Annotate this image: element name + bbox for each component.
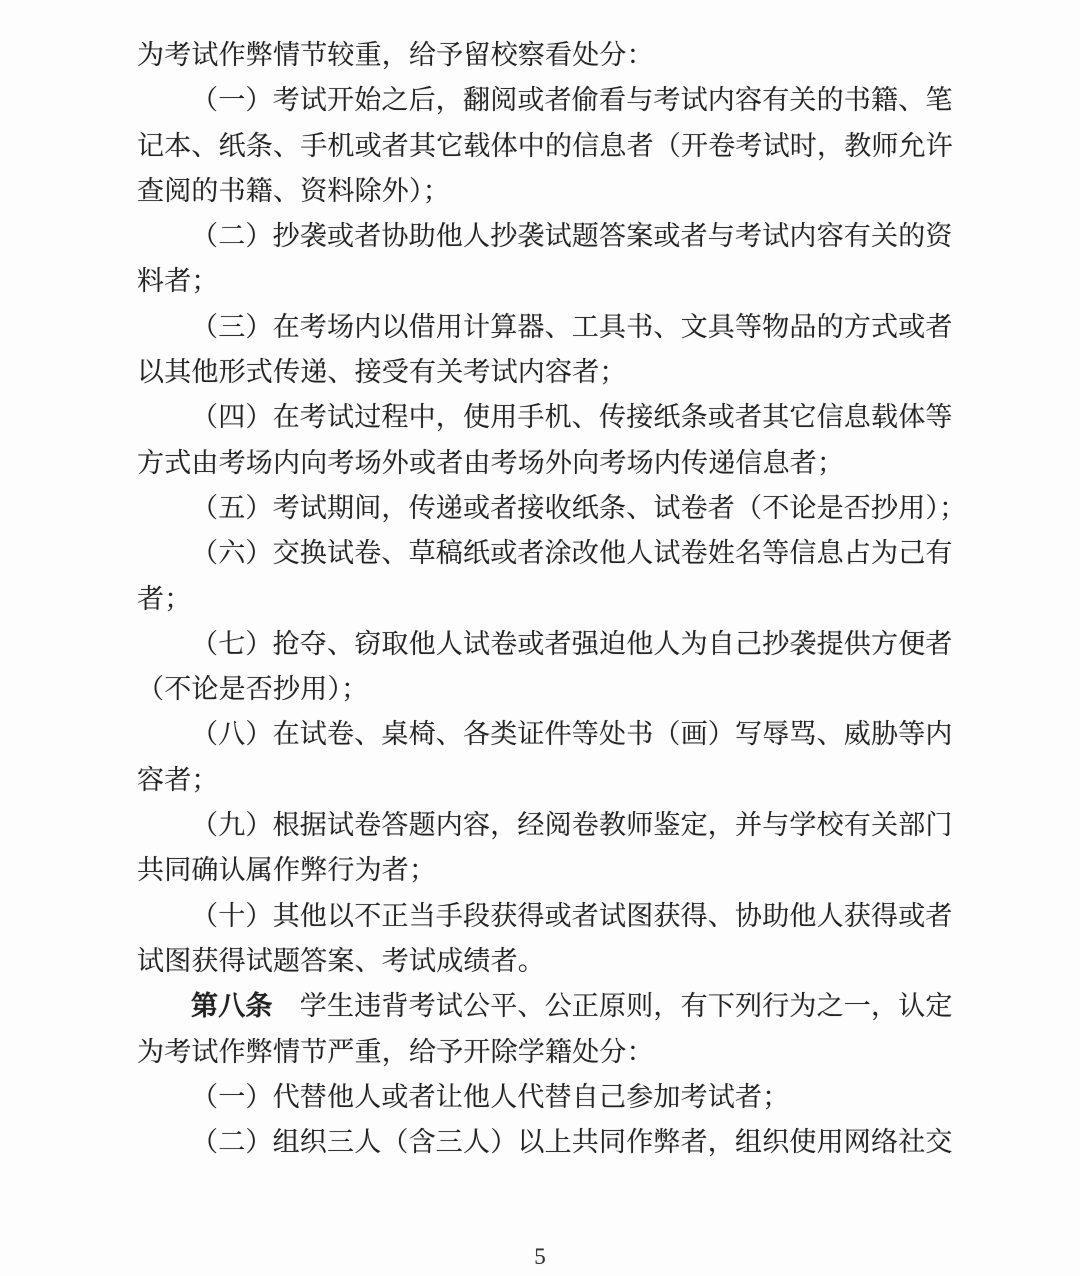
text-line: 共同确认属作弊行为者； bbox=[137, 848, 962, 893]
list-item-line: （九）根据试卷答题内容，经阅卷教师鉴定，并与学校有关部门 bbox=[137, 803, 962, 848]
document-page: 为考试作弊情节较重，给予留校察看处分： （一）考试开始之后，翻阅或者偷看与考试内… bbox=[0, 0, 1080, 1276]
page-number: 5 bbox=[0, 1245, 1080, 1268]
text-line: 试图获得试题答案、考试成绩者。 bbox=[137, 939, 962, 984]
text-line: 料者； bbox=[137, 259, 962, 304]
list-item-line: （三）在考场内以借用计算器、工具书、文具等物品的方式或者 bbox=[137, 305, 962, 350]
text-line: 为考试作弊情节严重，给予开除学籍处分： bbox=[137, 1030, 962, 1075]
list-item-line: （十）其他以不正当手段获得或者试图获得、协助他人获得或者 bbox=[137, 894, 962, 939]
text-line: 者； bbox=[137, 577, 962, 622]
list-item-line: （四）在考试过程中，使用手机、传接纸条或者其它信息载体等 bbox=[137, 395, 962, 440]
list-item-line: （一）考试开始之后，翻阅或者偷看与考试内容有关的书籍、笔 bbox=[137, 78, 962, 123]
text-line: 记本、纸条、手机或者其它载体中的信息者（开卷考试时，教师允许 bbox=[137, 124, 962, 169]
list-item-line: （六）交换试卷、草稿纸或者涂改他人试卷姓名等信息占为己有 bbox=[137, 531, 962, 576]
list-item-line: （二）抄袭或者协助他人抄袭试题答案或者与考试内容有关的资 bbox=[137, 214, 962, 259]
list-item-line: （七）抢夺、窃取他人试卷或者强迫他人为自己抄袭提供方便者 bbox=[137, 622, 962, 667]
text-line: 容者； bbox=[137, 758, 962, 803]
article-text: 学生违背考试公平、公正原则，有下列行为之一，认定 bbox=[273, 991, 953, 1021]
list-item-line: （一）代替他人或者让他人代替自己参加考试者； bbox=[137, 1075, 962, 1120]
text-line: 查阅的书籍、资料除外）； bbox=[137, 169, 962, 214]
list-item-line: （八）在试卷、桌椅、各类证件等处书（画）写辱骂、威胁等内 bbox=[137, 712, 962, 757]
text-line: 以其他形式传递、接受有关考试内容者； bbox=[137, 350, 962, 395]
article-number: 第八条 bbox=[191, 991, 273, 1021]
article-heading-line: 第八条 学生违背考试公平、公正原则，有下列行为之一，认定 bbox=[137, 984, 962, 1029]
text-line: 为考试作弊情节较重，给予留校察看处分： bbox=[137, 33, 962, 78]
text-line: 方式由考场内向考场外或者由考场外向考场内传递信息者； bbox=[137, 441, 962, 486]
text-line: （不论是否抄用）； bbox=[137, 667, 962, 712]
list-item-line: （二）组织三人（含三人）以上共同作弊者，组织使用网络社交 bbox=[137, 1120, 962, 1165]
list-item-line: （五）考试期间，传递或者接收纸条、试卷者（不论是否抄用）； bbox=[137, 486, 962, 531]
